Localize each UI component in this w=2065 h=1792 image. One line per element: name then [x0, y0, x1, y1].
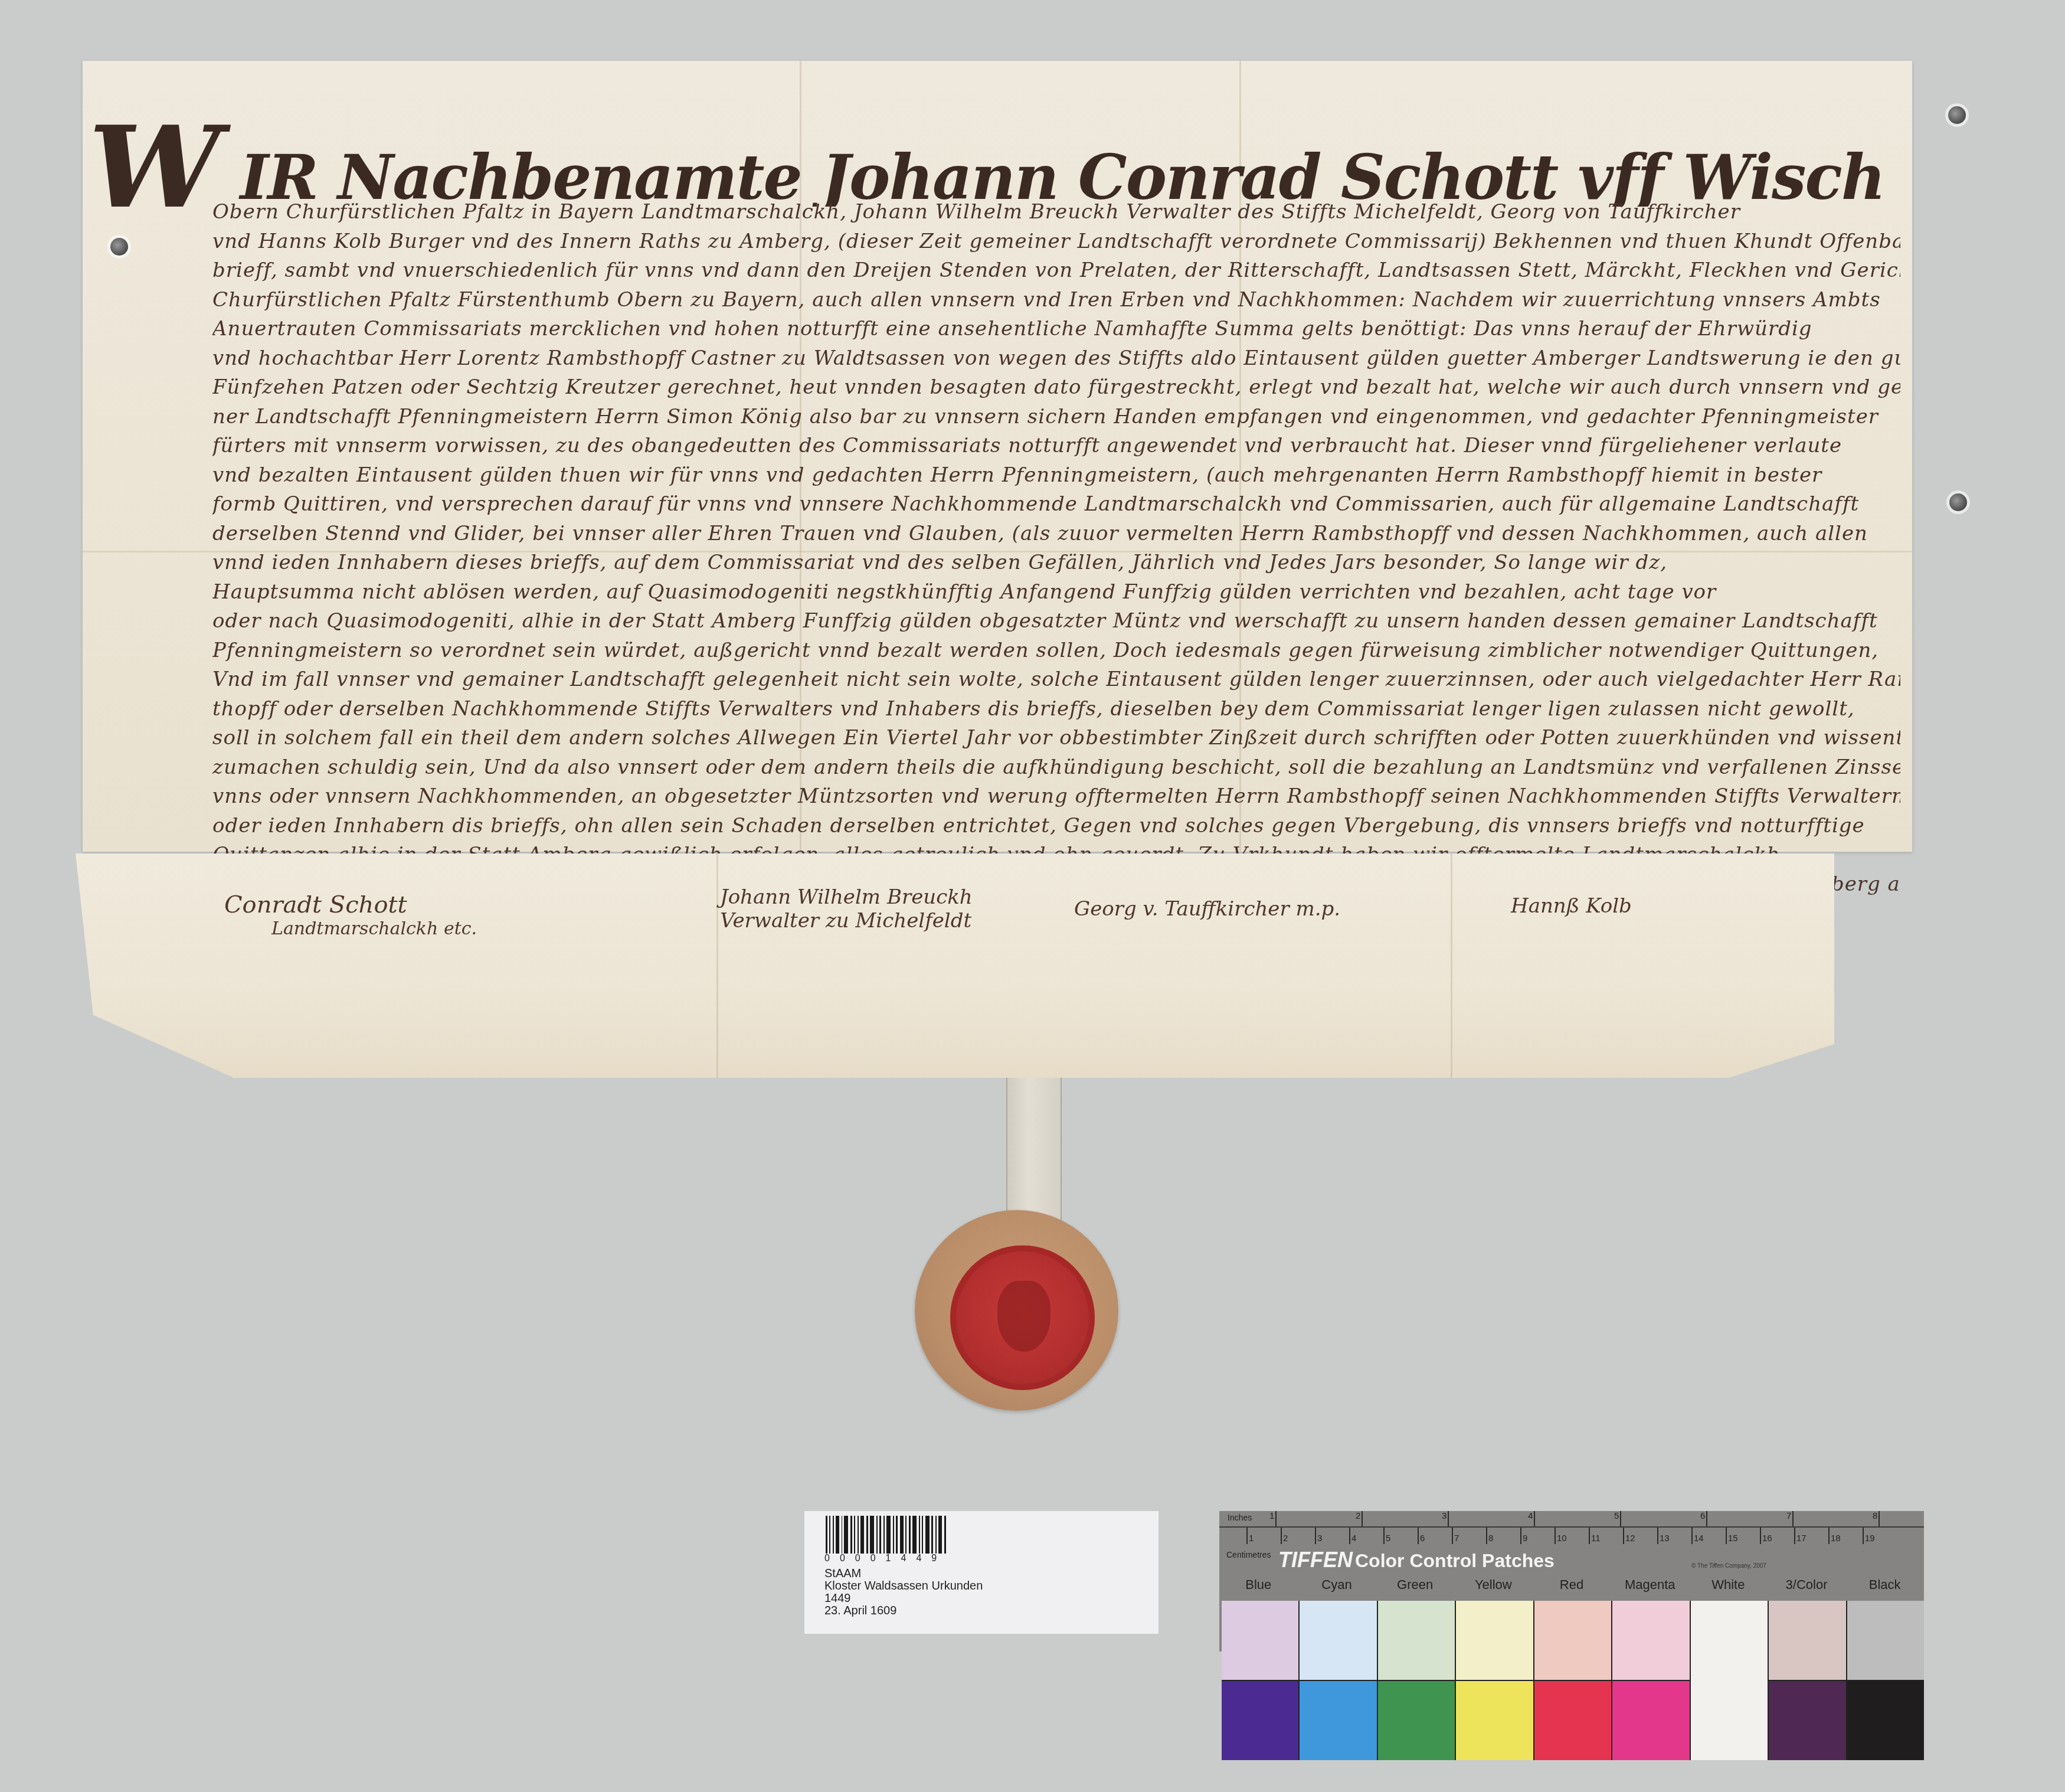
text-line: vnnd ieden Innhabern dieses brieffs, auf…	[212, 548, 1900, 578]
patch-label: Red	[1533, 1577, 1611, 1594]
magnet-icon	[1949, 493, 1967, 511]
signature-tauffkircher: Georg v. Tauffkircher m.p.	[1074, 897, 1340, 921]
fold-line	[716, 854, 718, 1078]
decorated-initial: W	[89, 100, 220, 207]
charter-body: Obern Churfürstlichen Pfaltz in Bayern L…	[212, 198, 1900, 928]
charter-date: 23. April 1609	[824, 1605, 983, 1617]
coat-of-arms-icon	[997, 1281, 1051, 1352]
patch-label: 3/Color	[1768, 1577, 1846, 1594]
color-patch-magenta	[1612, 1601, 1690, 1760]
text-line: oder nach Quasimodogeniti, alhie in der …	[212, 607, 1900, 636]
signature-kolb: Hannß Kolb	[1511, 894, 1632, 918]
signature-breuckh: Johann Wilhelm Breuckh Verwalter zu Mich…	[720, 885, 973, 933]
fold-line	[1451, 854, 1452, 1078]
text-line: Fünfzehen Patzen oder Sechtzig Kreutzer …	[212, 373, 1900, 403]
text-line: vnd bezalten Eintausent gülden thuen wir…	[212, 461, 1900, 490]
archive-label: 00001449 StAAM Kloster Waldsassen Urkund…	[804, 1511, 1159, 1634]
magnet-icon	[1948, 106, 1966, 124]
color-patch-cyan	[1300, 1601, 1377, 1760]
text-line: Vnd im fall vnnser vnd gemainer Landtsch…	[212, 665, 1900, 695]
color-patches	[1222, 1601, 1924, 1760]
text-line: vnd Hanns Kolb Burger vnd des Innern Rat…	[212, 227, 1900, 257]
charter-heading: W IR Nachbenamte Johann Conrad Schott vf…	[89, 100, 1883, 207]
chart-title: Color Control Patches	[1355, 1550, 1555, 1572]
color-patch-black	[1847, 1601, 1924, 1760]
patch-label: Blue	[1219, 1577, 1298, 1594]
text-line: vnd hochachtbar Herr Lorentz Rambsthopff…	[212, 344, 1900, 374]
magnet-icon	[110, 238, 128, 256]
collection-name: Kloster Waldsassen Urkunden	[824, 1580, 983, 1592]
text-line: vnns oder vnnsern Nachkhommenden, an obg…	[212, 782, 1900, 812]
text-line: Hauptsumma nicht ablösen werden, auf Qua…	[212, 578, 1900, 607]
patch-label: Cyan	[1298, 1577, 1376, 1594]
text-line: Pfenningmeistern so verordnet sein würde…	[212, 636, 1900, 666]
color-patch-yellow	[1456, 1601, 1534, 1760]
heading-text: IR Nachbenamte Johann Conrad Schott vff …	[240, 141, 1883, 207]
color-patch-red	[1534, 1601, 1612, 1760]
text-line: formb Quittiren, vnd versprechen darauf …	[212, 490, 1900, 519]
text-line: derselben Stennd vnd Glider, bei vnnser …	[212, 519, 1900, 549]
barcode-number: 00001449	[824, 1554, 947, 1564]
tiffen-logo: TIFFEN	[1278, 1548, 1353, 1572]
patch-label: Magenta	[1611, 1577, 1689, 1594]
archive-name: StAAM	[824, 1568, 983, 1580]
color-patch-3-color	[1769, 1601, 1847, 1760]
color-patch-green	[1378, 1601, 1456, 1760]
patch-labels: BlueCyanGreenYellowRedMagentaWhite3/Colo…	[1219, 1577, 1924, 1594]
text-line: thopff oder derselben Nachkhommende Stif…	[212, 695, 1900, 724]
copyright: © The Tiffen Company, 2007	[1691, 1563, 1766, 1569]
text-line: soll in solchem fall ein theil dem ander…	[212, 724, 1900, 753]
text-line: Anuertrauten Commissariats mercklichen v…	[212, 315, 1900, 344]
archive-label-text: StAAM Kloster Waldsassen Urkunden 1449 2…	[824, 1568, 983, 1617]
charter-number: 1449	[824, 1592, 983, 1605]
text-line: fürters mit vnnserm vorwissen, zu des ob…	[212, 431, 1900, 461]
color-patch-white	[1691, 1601, 1769, 1760]
patch-label: Yellow	[1454, 1577, 1533, 1594]
text-line: ner Landtschafft Pfenningmeistern Herrn …	[212, 403, 1900, 432]
patch-label: Black	[1845, 1577, 1924, 1594]
text-line: Churfürstlichen Pfaltz Fürstenthumb Ober…	[212, 286, 1900, 315]
color-patch-blue	[1222, 1601, 1300, 1760]
text-line: zumachen schuldig sein, Und da also vnns…	[212, 753, 1900, 783]
text-line: brieff, sambt vnd vnuerschiedenlich für …	[212, 256, 1900, 286]
signature-schott: Conradt Schott Landtmarschalckh etc.	[224, 891, 477, 939]
text-line: Obern Churfürstlichen Pfaltz in Bayern L…	[212, 198, 1900, 227]
centimetre-ruler: 12345678910111213141516171819	[1219, 1528, 1924, 1543]
patch-label: Green	[1376, 1577, 1454, 1594]
inch-ruler: Inches 12345678	[1219, 1511, 1924, 1528]
text-line: oder ieden Innhabern dis brieffs, ohn al…	[212, 812, 1900, 841]
barcode-icon	[826, 1516, 948, 1554]
patch-label: White	[1689, 1577, 1768, 1594]
